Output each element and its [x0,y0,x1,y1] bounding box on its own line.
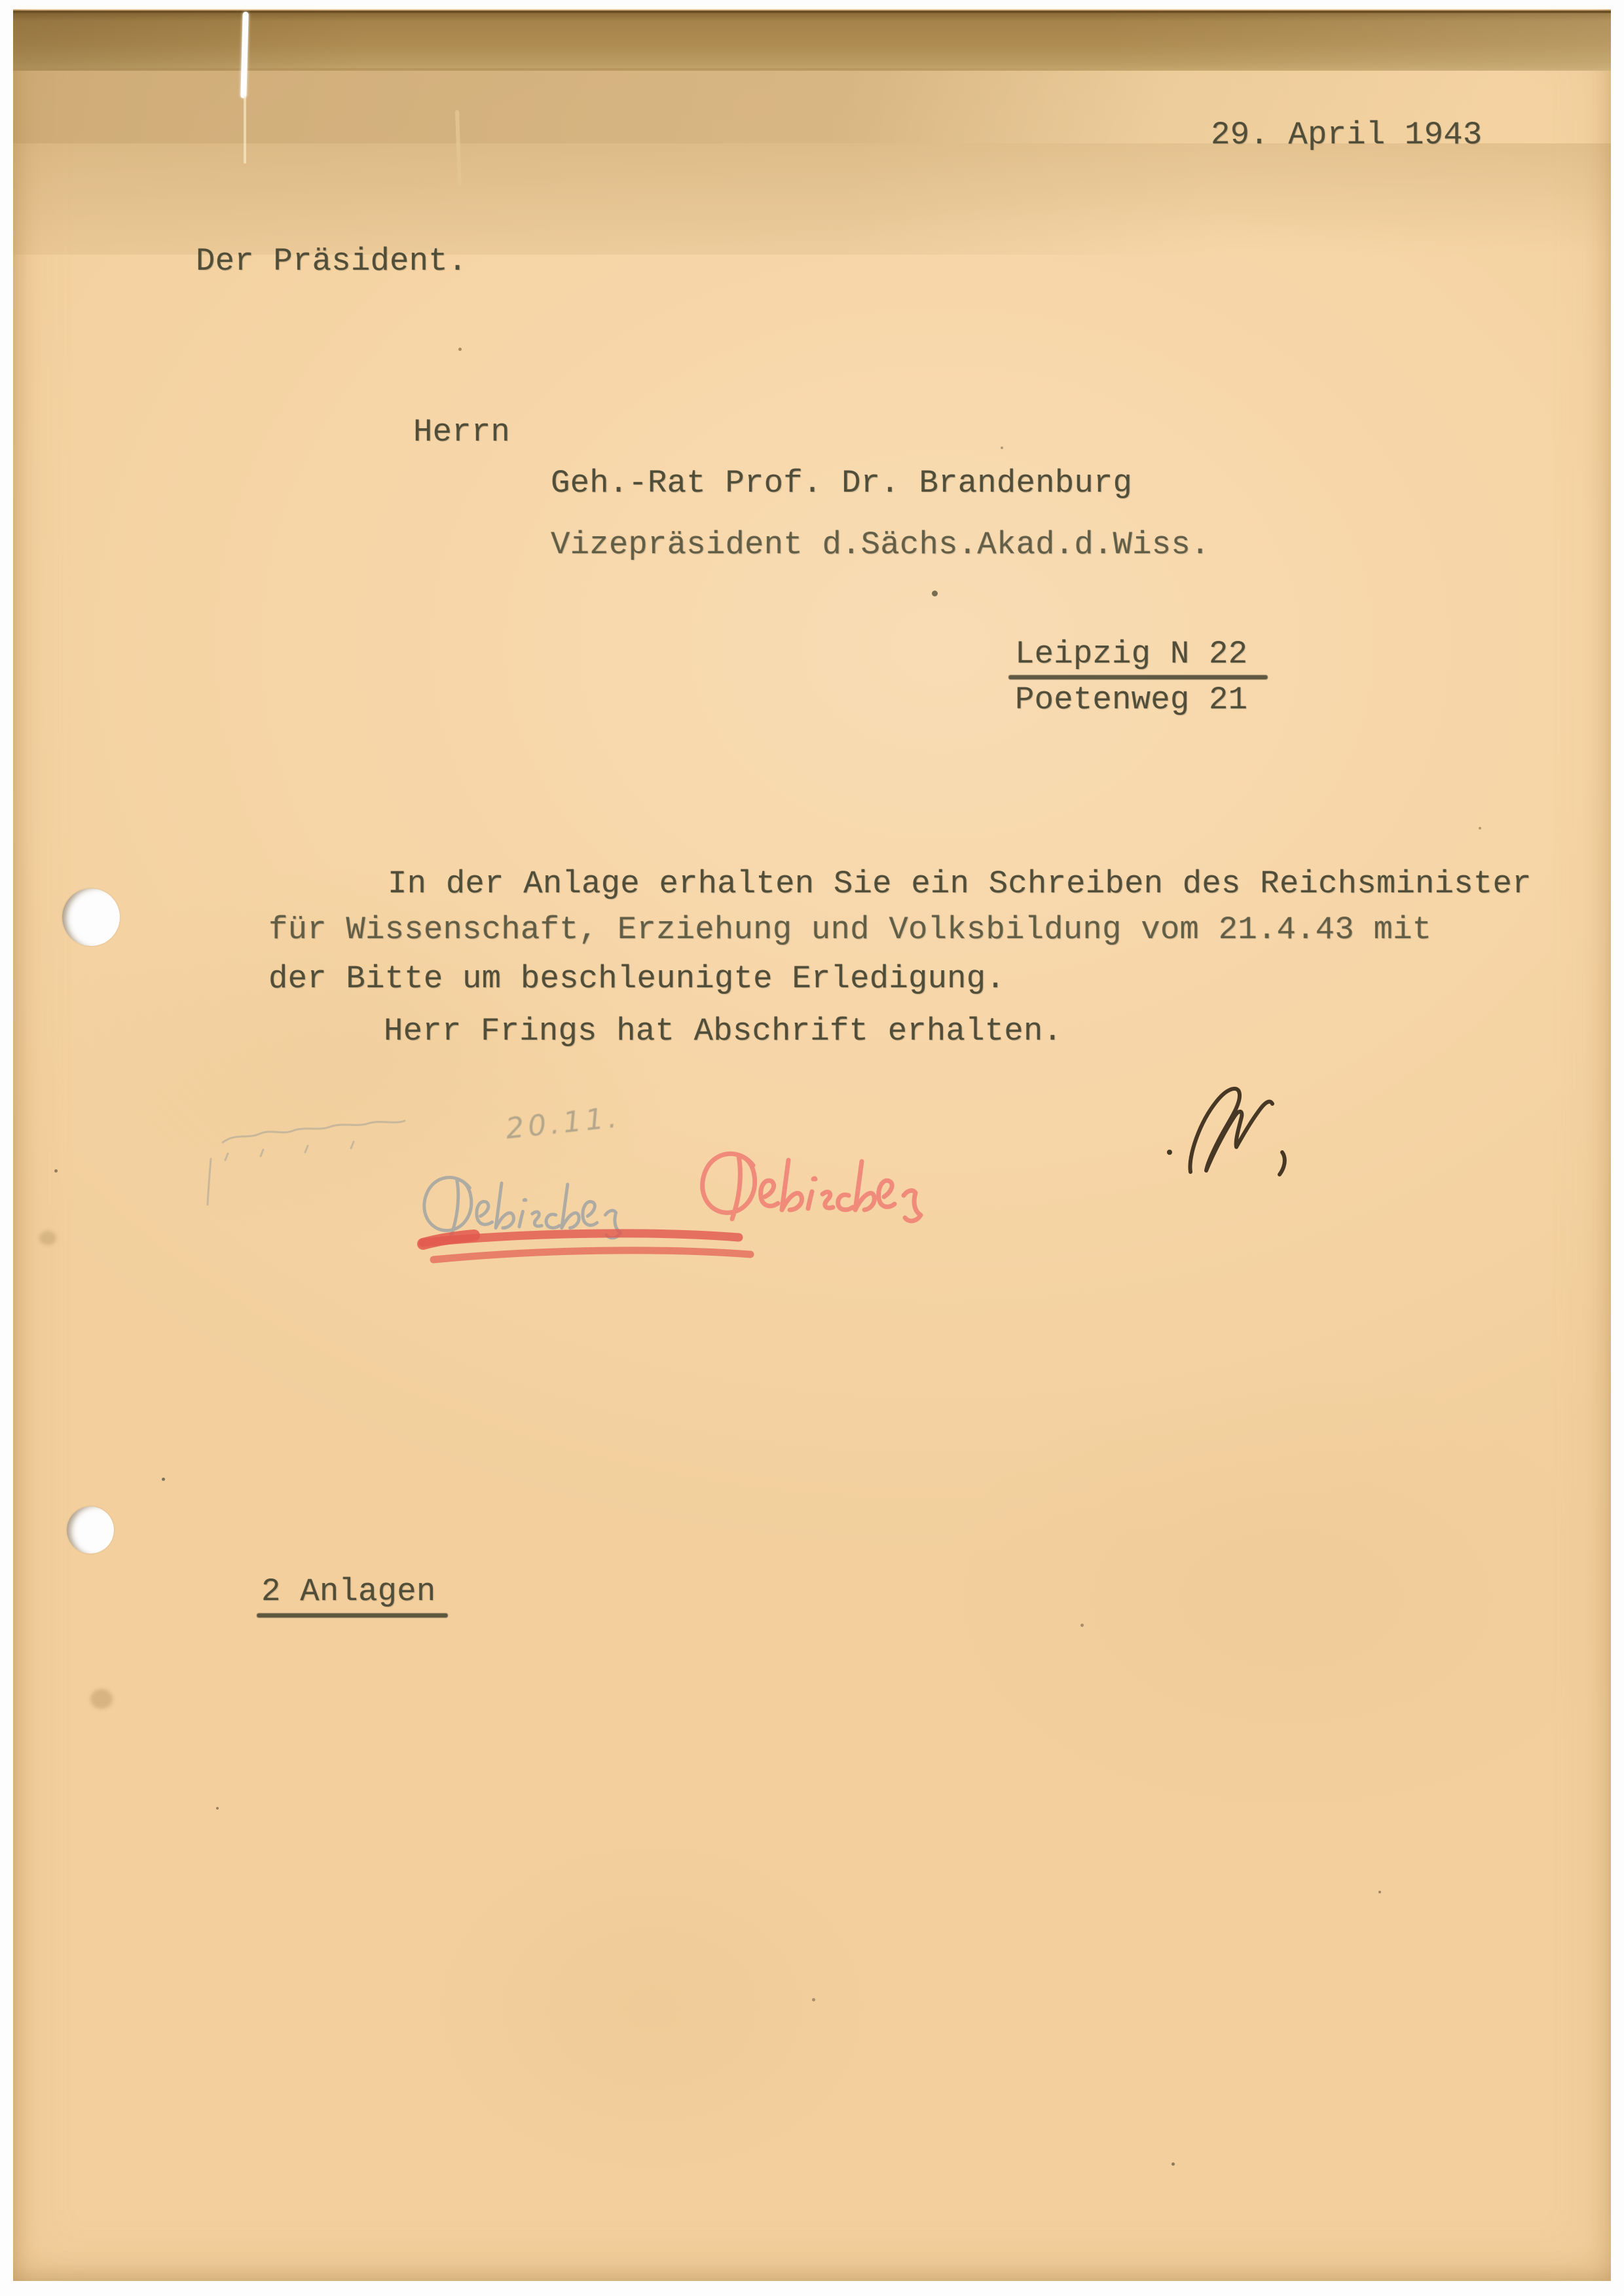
dust-speck [1172,2162,1175,2166]
dust-speck [1479,827,1481,829]
dust-speck [1378,1891,1381,1893]
pencil-name-handwriting [424,1177,621,1237]
handwriting-layer [0,0,1624,2296]
dust-speck [458,348,462,351]
paper-smudge [90,1689,113,1709]
dust-speck [216,1807,219,1810]
dust-speck [162,1478,165,1481]
red-pencil-name-handwriting [703,1154,921,1221]
dust-speck [932,591,938,596]
dust-speck [1080,1624,1084,1627]
red-pencil-underline [423,1233,750,1260]
pencil-scribble-note [208,1121,405,1205]
signature-initial-handwriting [1167,1089,1285,1175]
dust-speck [812,1998,815,2001]
dust-speck [54,1169,58,1173]
paper-smudge [39,1231,56,1245]
scanned-letter-page: 29. April 1943 Der Präsident. Herrn Geh.… [0,0,1624,2296]
dust-speck [1001,446,1003,449]
